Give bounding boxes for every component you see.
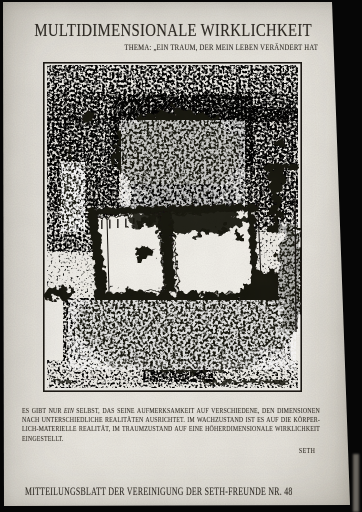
photo-background: MULTIDIMENSIONALE WIRKLICHKEIT THEMA: „E… [0,0,362,512]
quote-line1-pre: ES GIBT NUR [22,406,62,415]
quote-line-3: LICH-MATERIELLE REALITÄT, IM TRAUMZUSTAN… [22,424,320,433]
quote-attribution: SETH [22,446,320,455]
quote-line-4: EINGESTELLT. [22,434,320,443]
cover-subtitle: THEMA: „EIN TRAUM, DER MEIN LEBEN VERÄND… [124,44,318,52]
artwork-frame [43,62,302,392]
quote-line1-post: SELBST, DAS SEINE AUFMERKSAMKEIT AUF VER… [76,406,320,415]
quote-line1-emphasis: EIN [64,406,74,415]
quote-line-1: ES GIBT NUREINSELBST, DAS SEINE AUFMERKS… [22,406,320,415]
quote-block: ES GIBT NUREINSELBST, DAS SEINE AUFMERKS… [22,406,320,455]
page-edge-highlight [353,454,359,512]
magazine-cover: MULTIDIMENSIONALE WIRKLICHKEIT THEMA: „E… [0,0,362,512]
cover-title: MULTIDIMENSIONALE WIRKLICHKEIT [34,21,311,39]
artwork-print-svg [43,62,302,392]
footer-line: MITTEILUNGSBLATT DER VEREINIGUNG DER SET… [25,487,311,499]
